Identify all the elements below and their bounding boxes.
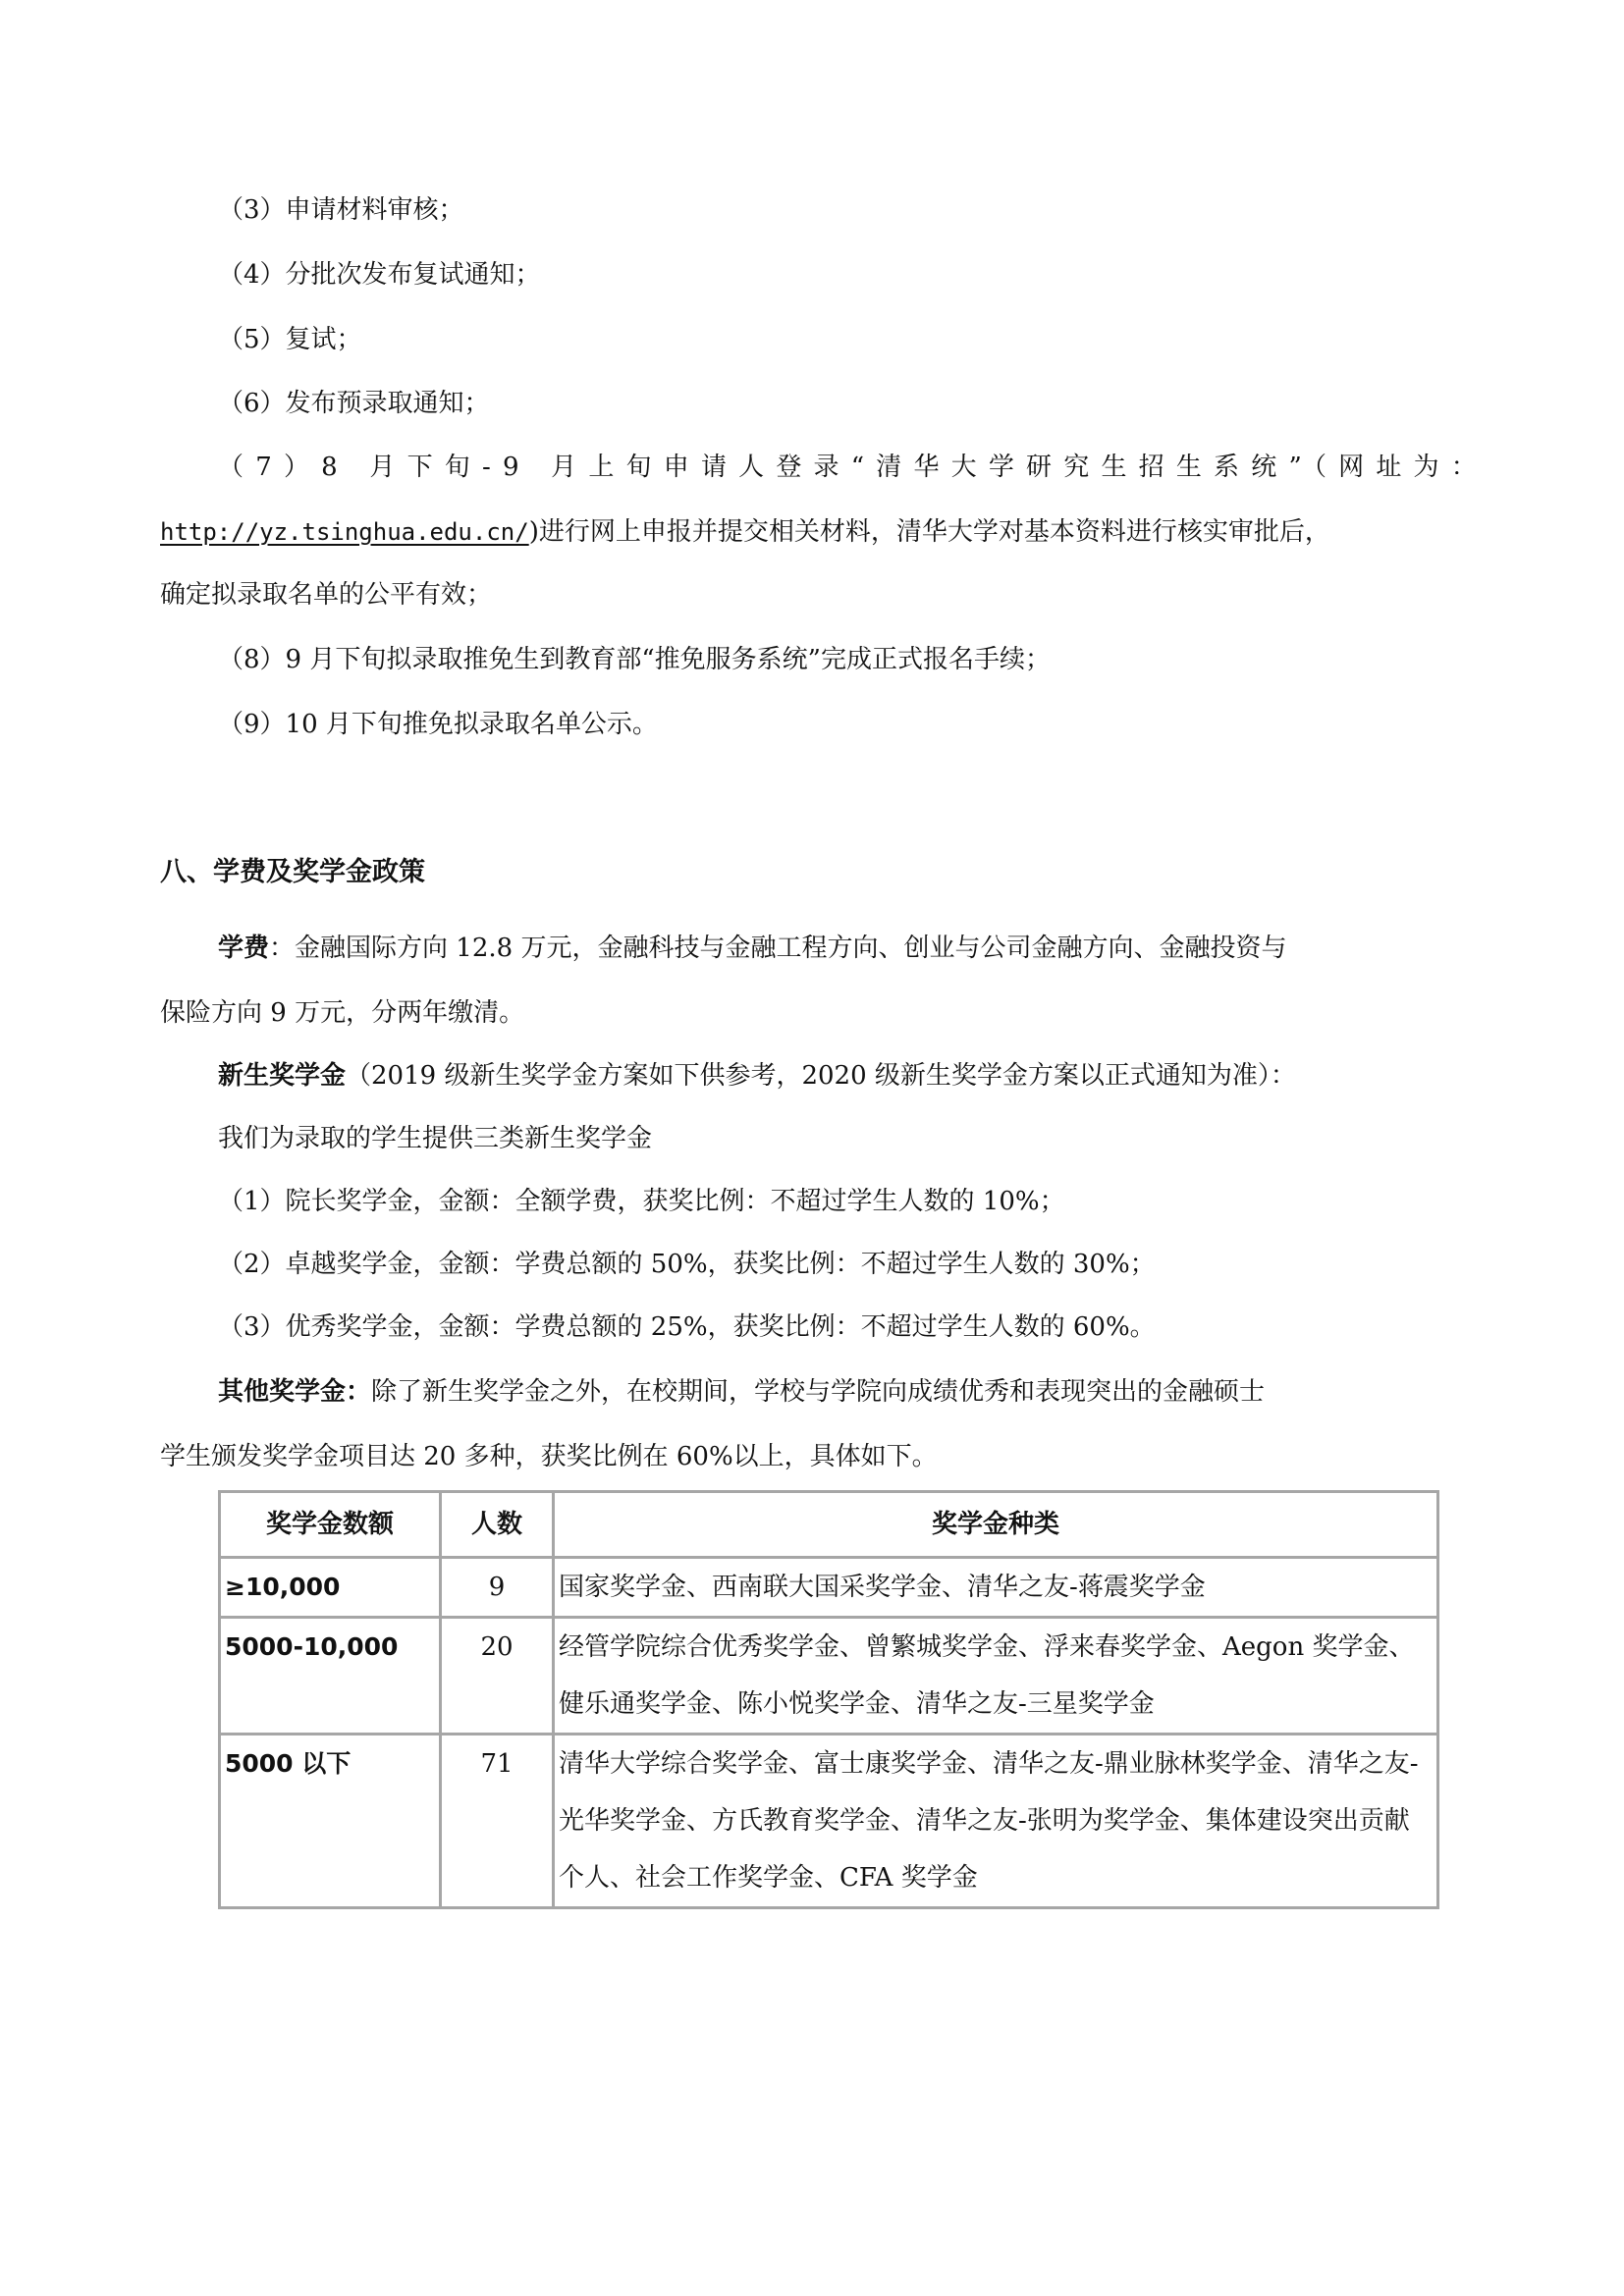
header-amount: 奖学金数额: [220, 1492, 441, 1558]
header-count: 人数: [441, 1492, 554, 1558]
step-5: （5）复试；: [218, 324, 362, 355]
types-cell: 国家奖学金、西南联大国采奖学金、清华之友-蒋震奖学金: [554, 1558, 1438, 1618]
count-cell: 9: [441, 1558, 554, 1618]
amount-cell: 5000 以下: [220, 1735, 441, 1908]
freshman-item-1: （1）院长奖学金，金额：全额学费，获奖比例：不超过学生人数的 10%；: [218, 1186, 1065, 1217]
freshman-item-3: （3）优秀奖学金，金额：学费总额的 25%，获奖比例：不超过学生人数的 60%。: [218, 1311, 1156, 1343]
freshman-intro: 我们为录取的学生提供三类新生奖学金: [218, 1123, 652, 1154]
tuition-line1: 学费：金融国际方向 12.8 万元，金融科技与金融工程方向、创业与公司金融方向、…: [218, 933, 1286, 964]
types-cell: 经管学院综合优秀奖学金、曾繁城奖学金、浮来春奖学金、Aegon 奖学金、健乐通奖…: [554, 1618, 1438, 1735]
amount-cell: ≥10,000: [220, 1558, 441, 1618]
step-6: （6）发布预录取通知；: [218, 388, 490, 419]
freshman-item-2: （2）卓越奖学金，金额：学费总额的 50%，获奖比例：不超过学生人数的 30%；: [218, 1249, 1156, 1280]
step-7-line1: （7）8 月下旬-9 月上旬申请人登录“清华大学研究生招生系统”（网址为：: [218, 452, 1489, 483]
step-7-line2: http://yz.tsinghua.edu.cn/)进行网上申报并提交相关材料…: [160, 516, 1330, 548]
step-3: （3）申请材料审核；: [218, 194, 464, 226]
freshman-label: 新生奖学金: [218, 1061, 346, 1091]
other-scholarship-line1: 其他奖学金：除了新生奖学金之外，在校期间，学校与学院向成绩优秀和表现突出的金融硕…: [218, 1376, 1265, 1408]
table-header-row: 奖学金数额 人数 奖学金种类: [220, 1492, 1438, 1558]
count-cell: 71: [441, 1735, 554, 1908]
tuition-line2: 保险方向 9 万元，分两年缴清。: [160, 997, 524, 1029]
header-types: 奖学金种类: [554, 1492, 1438, 1558]
step-4: （4）分批次发布复试通知；: [218, 259, 541, 291]
count-cell: 20: [441, 1618, 554, 1735]
table-row: 5000-10,000 20 经管学院综合优秀奖学金、曾繁城奖学金、浮来春奖学金…: [220, 1618, 1438, 1735]
table-row: ≥10,000 9 国家奖学金、西南联大国采奖学金、清华之友-蒋震奖学金: [220, 1558, 1438, 1618]
types-cell: 清华大学综合奖学金、富士康奖学金、清华之友-鼎业脉林奖学金、清华之友-光华奖学金…: [554, 1735, 1438, 1908]
step-8: （8）9 月下旬拟录取推免生到教育部“推免服务系统”完成正式报名手续；: [218, 644, 1051, 675]
other-scholarship-line2: 学生颁发奖学金项目达 20 多种，获奖比例在 60%以上，具体如下。: [160, 1441, 938, 1472]
tuition-label: 学费: [218, 934, 269, 963]
admissions-system-link[interactable]: http://yz.tsinghua.edu.cn/: [160, 518, 529, 546]
freshman-scholarship-line: 新生奖学金（2019 级新生奖学金方案如下供参考，2020 级新生奖学金方案以正…: [218, 1060, 1296, 1092]
step-7-line3: 确定拟录取名单的公平有效；: [160, 579, 492, 611]
step-9: （9）10 月下旬推免拟录取名单公示。: [218, 709, 658, 740]
other-label: 其他奖学金：: [218, 1377, 371, 1407]
document-page: （3）申请材料审核； （4）分批次发布复试通知； （5）复试； （6）发布预录取…: [0, 0, 1624, 2296]
scholarship-table: 奖学金数额 人数 奖学金种类 ≥10,000 9 国家奖学金、西南联大国采奖学金…: [218, 1490, 1439, 1909]
table-row: 5000 以下 71 清华大学综合奖学金、富士康奖学金、清华之友-鼎业脉林奖学金…: [220, 1735, 1438, 1908]
amount-cell: 5000-10,000: [220, 1618, 441, 1735]
section-heading: 八、学费及奖学金政策: [160, 856, 425, 889]
